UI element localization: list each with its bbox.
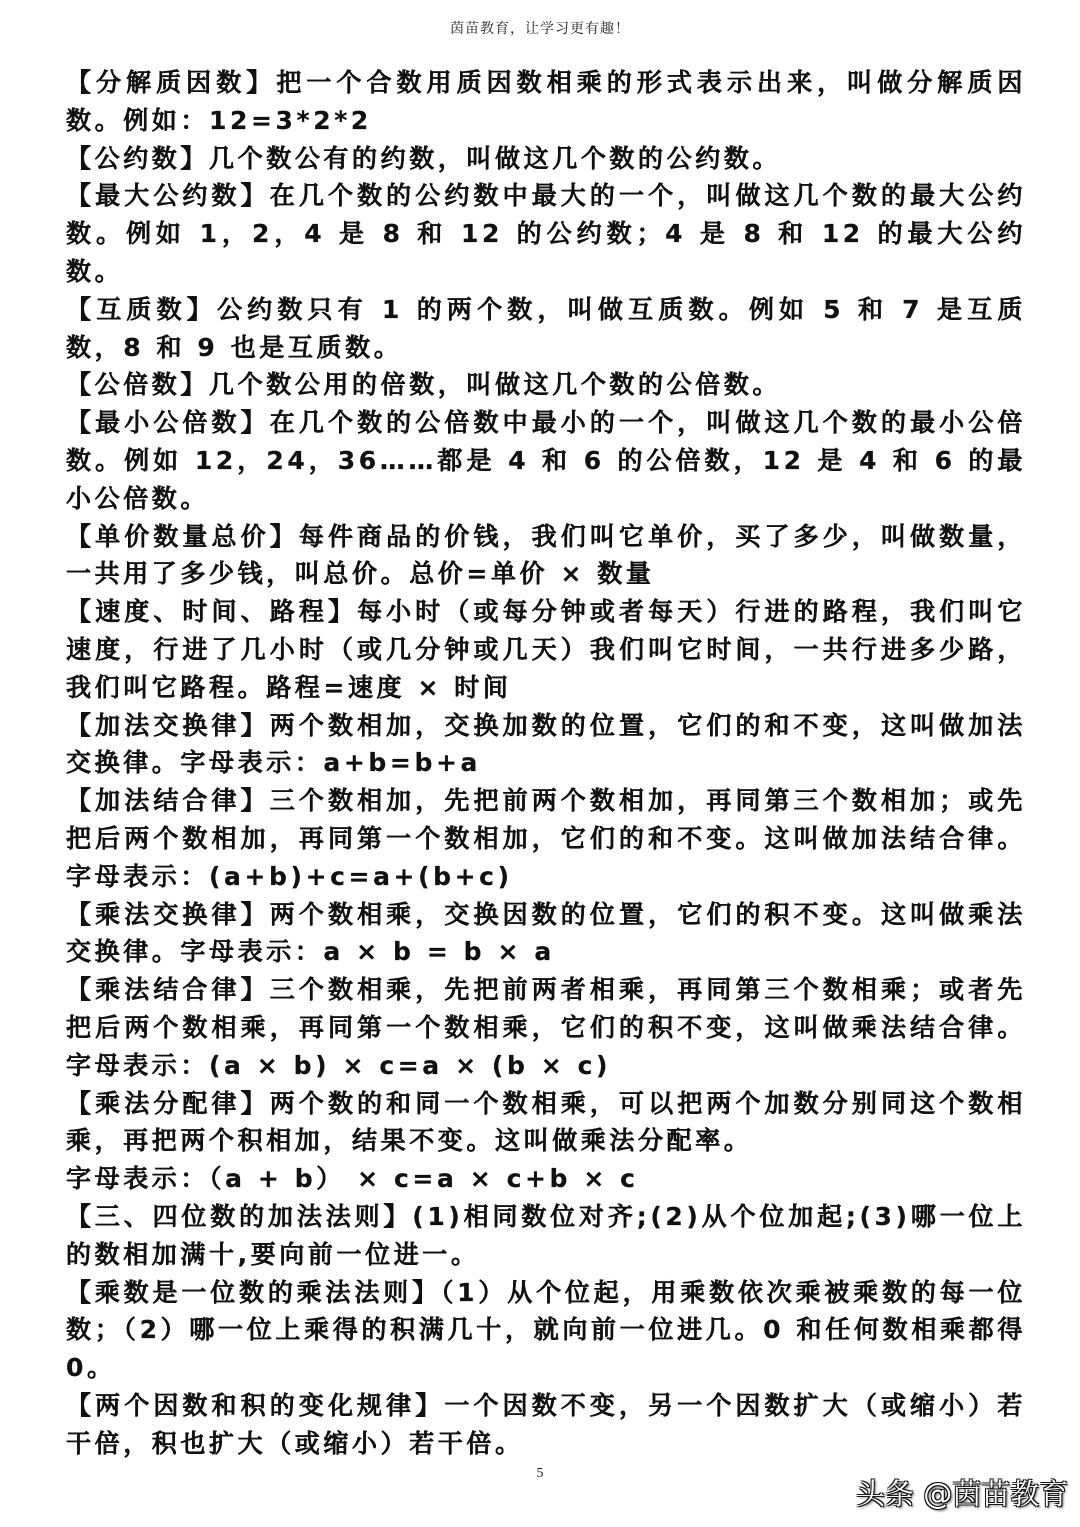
term-label: 【乘法交换律】 (66, 900, 270, 929)
definition-text: 几个数公用的倍数，叫做这几个数的公倍数。 (209, 370, 781, 399)
term-label: 【速度、时间、路程】 (66, 597, 357, 626)
term-label: 【乘数是一位数的乘法法则】 (66, 1278, 441, 1307)
definition-text: 几个数公有的约数，叫做这几个数的公约数。 (209, 144, 781, 173)
term-label: 【三、四位数的加法法则】 (66, 1202, 412, 1231)
term-label: 【加法结合律】 (66, 786, 270, 815)
definition-prime-factorization: 【分解质因数】把一个合数用质因数相乘的形式表示出来，叫做分解质因数。例如：12=… (66, 64, 1026, 140)
definition-addition-associative: 【加法结合律】三个数相加，先把前两个数相加，再同第三个数相加；或先把后两个数相加… (66, 782, 1026, 895)
term-label: 【最小公倍数】 (66, 408, 270, 437)
term-label: 【互质数】 (66, 295, 217, 324)
distributive-formula: 字母表示：（a + b） × c=a × c+b × c (66, 1160, 1026, 1198)
page-header: 茵苗教育，让学习更有趣！ (0, 18, 1080, 38)
term-label: 【公约数】 (66, 144, 209, 173)
term-label: 【单价数量总价】 (66, 522, 299, 551)
term-label: 【加法交换律】 (66, 711, 270, 740)
term-label: 【乘法分配律】 (66, 1089, 270, 1118)
watermark: 头条 @茵苗教育 (856, 1472, 1068, 1513)
term-label: 【两个因数和积的变化规律】 (66, 1391, 444, 1420)
document-body: 【分解质因数】把一个合数用质因数相乘的形式表示出来，叫做分解质因数。例如：12=… (66, 64, 1026, 1462)
term-label: 【分解质因数】 (66, 68, 276, 97)
term-label: 【最大公约数】 (66, 181, 270, 210)
definition-multiplication-commutative: 【乘法交换律】两个数相乘，交换因数的位置，它们的积不变。这叫做乘法交换律。字母表… (66, 896, 1026, 972)
definition-common-multiple: 【公倍数】几个数公用的倍数，叫做这几个数的公倍数。 (66, 366, 1026, 404)
rule-multi-digit-addition: 【三、四位数的加法法则】(1)相同数位对齐;(2)从个位加起;(3)哪一位上的数… (66, 1198, 1026, 1274)
rule-single-digit-multiplier: 【乘数是一位数的乘法法则】（1）从个位起，用乘数依次乘被乘数的每一位数；（2）哪… (66, 1274, 1026, 1387)
definition-common-divisor: 【公约数】几个数公有的约数，叫做这几个数的公约数。 (66, 140, 1026, 178)
definition-addition-commutative: 【加法交换律】两个数相加，交换加数的位置，它们的和不变，这叫做加法交换律。字母表… (66, 707, 1026, 783)
rule-factor-product-change: 【两个因数和积的变化规律】一个因数不变，另一个因数扩大（或缩小）若干倍，积也扩大… (66, 1387, 1026, 1463)
term-label: 【公倍数】 (66, 370, 209, 399)
definition-coprime: 【互质数】公约数只有 1 的两个数，叫做互质数。例如 5 和 7 是互质数，8 … (66, 291, 1026, 367)
formula-text: 字母表示：（a + b） × c=a × c+b × c (66, 1164, 639, 1193)
definition-distributive: 【乘法分配律】两个数的和同一个数相乘，可以把两个加数分别同这个数相乘，再把两个积… (66, 1085, 1026, 1161)
term-label: 【乘法结合律】 (66, 975, 270, 1004)
definition-multiplication-associative: 【乘法结合律】三个数相乘，先把前两者相乘，再同第三个数相乘；或者先把后两个数相乘… (66, 971, 1026, 1084)
definition-unit-price: 【单价数量总价】每件商品的价钱，我们叫它单价，买了多少，叫做数量，一共用了多少钱… (66, 518, 1026, 594)
definition-speed-time-distance: 【速度、时间、路程】每小时（或每分钟或者每天）行进的路程，我们叫它速度，行进了几… (66, 593, 1026, 706)
definition-gcd: 【最大公约数】在几个数的公约数中最大的一个，叫做这几个数的最大公约数。例如 1，… (66, 177, 1026, 290)
definition-lcm: 【最小公倍数】在几个数的公倍数中最小的一个，叫做这几个数的最小公倍数。例如 12… (66, 404, 1026, 517)
